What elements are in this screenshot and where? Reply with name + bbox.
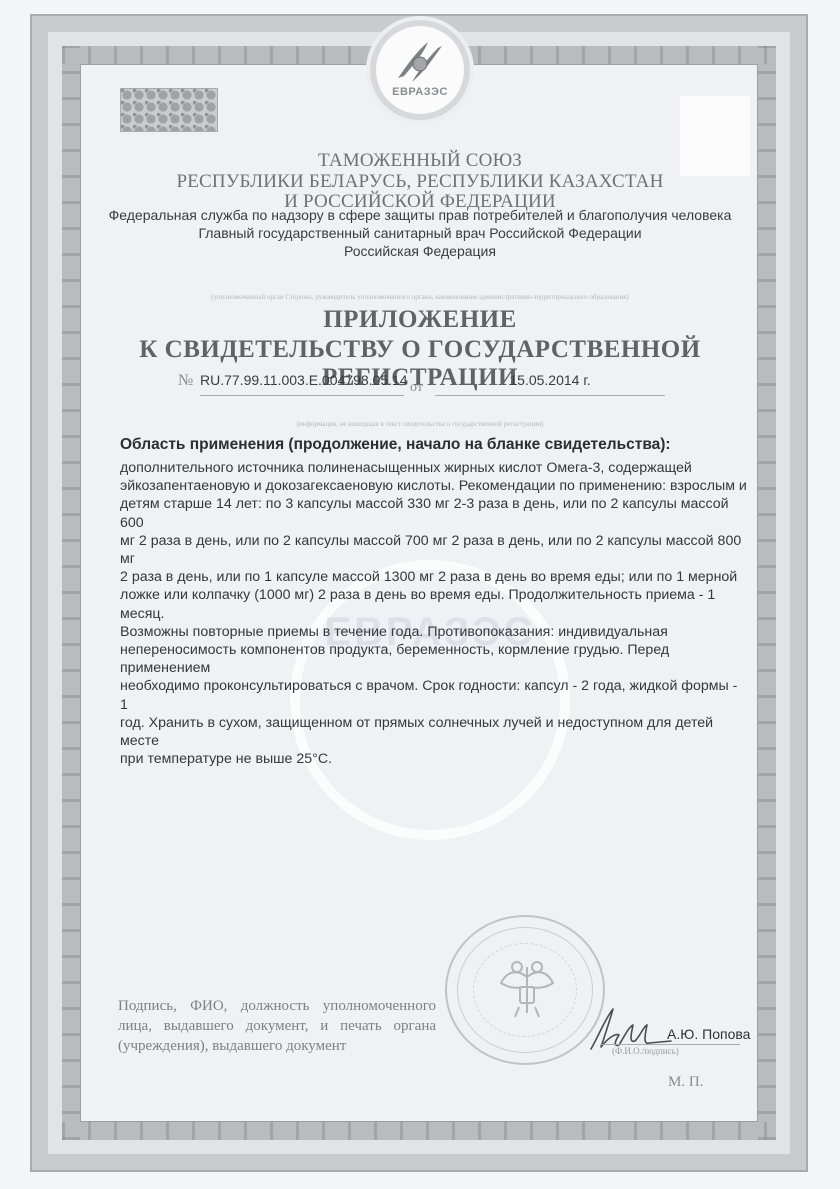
body-line: непереносимость компонентов продукта, бе… — [120, 641, 748, 677]
authority-note: (уполномоченный орган Стороны, руководит… — [100, 293, 740, 301]
registration-number: RU.77.99.11.003.E.004798.05.14 — [200, 372, 404, 396]
signature-caption: (Ф.И.О./подпись) — [612, 1046, 679, 1056]
body-line: эйкозапентаеновую и докозагексаеновую ки… — [120, 477, 748, 495]
union-title-line-2: РЕСПУБЛИКИ БЕЛАРУСЬ, РЕСПУБЛИКИ КАЗАХСТА… — [100, 171, 740, 193]
body-line: дополнительного источника полиненасыщенн… — [120, 459, 748, 477]
signature-label-line-2: лица, выдавшего документ, и печать орган… — [118, 1016, 436, 1036]
authority-line-3: Российская Федерация — [90, 242, 750, 260]
body-line: ложке или колпачку (1000 мг) 2 раза в де… — [120, 586, 748, 622]
registration-date: 15.05.2014 г. — [435, 372, 665, 396]
authority-line-2: Главный государственный санитарный врач … — [90, 224, 750, 242]
certificate-page: ЕВРАЗЭС ЕВРАЗЭС ТАМОЖЕННЫЙ СОЮЗ РЕСПУБЛИ… — [0, 0, 840, 1189]
body-line: 2 раза в день, или по 1 капсуле массой 1… — [120, 568, 748, 586]
section-heading: Область применения (продолжение, начало … — [120, 436, 760, 454]
union-title-line-1: ТАМОЖЕННЫЙ СОЮЗ — [100, 150, 740, 172]
from-label: от — [410, 380, 423, 404]
signature-label-line-3: (учреждения), выдавшего документ — [118, 1036, 436, 1056]
double-headed-eagle-icon — [497, 957, 557, 1021]
body-line: детям старше 14 лет: по 3 капсулы массой… — [120, 495, 748, 531]
title-line-1: ПРИЛОЖЕНИЕ — [80, 306, 760, 334]
signer-name: А.Ю. Попова — [667, 1026, 750, 1042]
seal-place-mark: М. П. — [668, 1074, 703, 1091]
eurasec-emblem: ЕВРАЗЭС — [370, 20, 470, 120]
body-line: при температуре не выше 25°С. — [120, 750, 748, 768]
authority-line-1: Федеральная служба по надзору в сфере за… — [90, 206, 750, 224]
signature-underline — [600, 1044, 740, 1045]
emblem-label: ЕВРАЗЭС — [376, 86, 464, 98]
body-line: необходимо проконсультироваться с врачом… — [120, 677, 748, 713]
body-line: Возможны повторные приемы в течение года… — [120, 623, 748, 641]
body-line: год. Хранить в сухом, защищенном от прям… — [120, 714, 748, 750]
body-line: мг 2 раза в день, или по 2 капсулы массо… — [120, 532, 748, 568]
signature-label-line-1: Подпись, ФИО, должность уполномоченного — [118, 996, 436, 1016]
eurasec-logo-icon — [394, 38, 446, 86]
signature-label: Подпись, ФИО, должность уполномоченного … — [118, 996, 436, 1056]
scope-body-text: дополнительного источника полиненасыщенн… — [120, 459, 748, 768]
registration-note: (информация, не вошедшая в текст свидете… — [100, 420, 740, 428]
number-sign: № — [178, 372, 193, 396]
official-seal — [445, 915, 605, 1065]
security-pattern-box — [120, 88, 218, 132]
